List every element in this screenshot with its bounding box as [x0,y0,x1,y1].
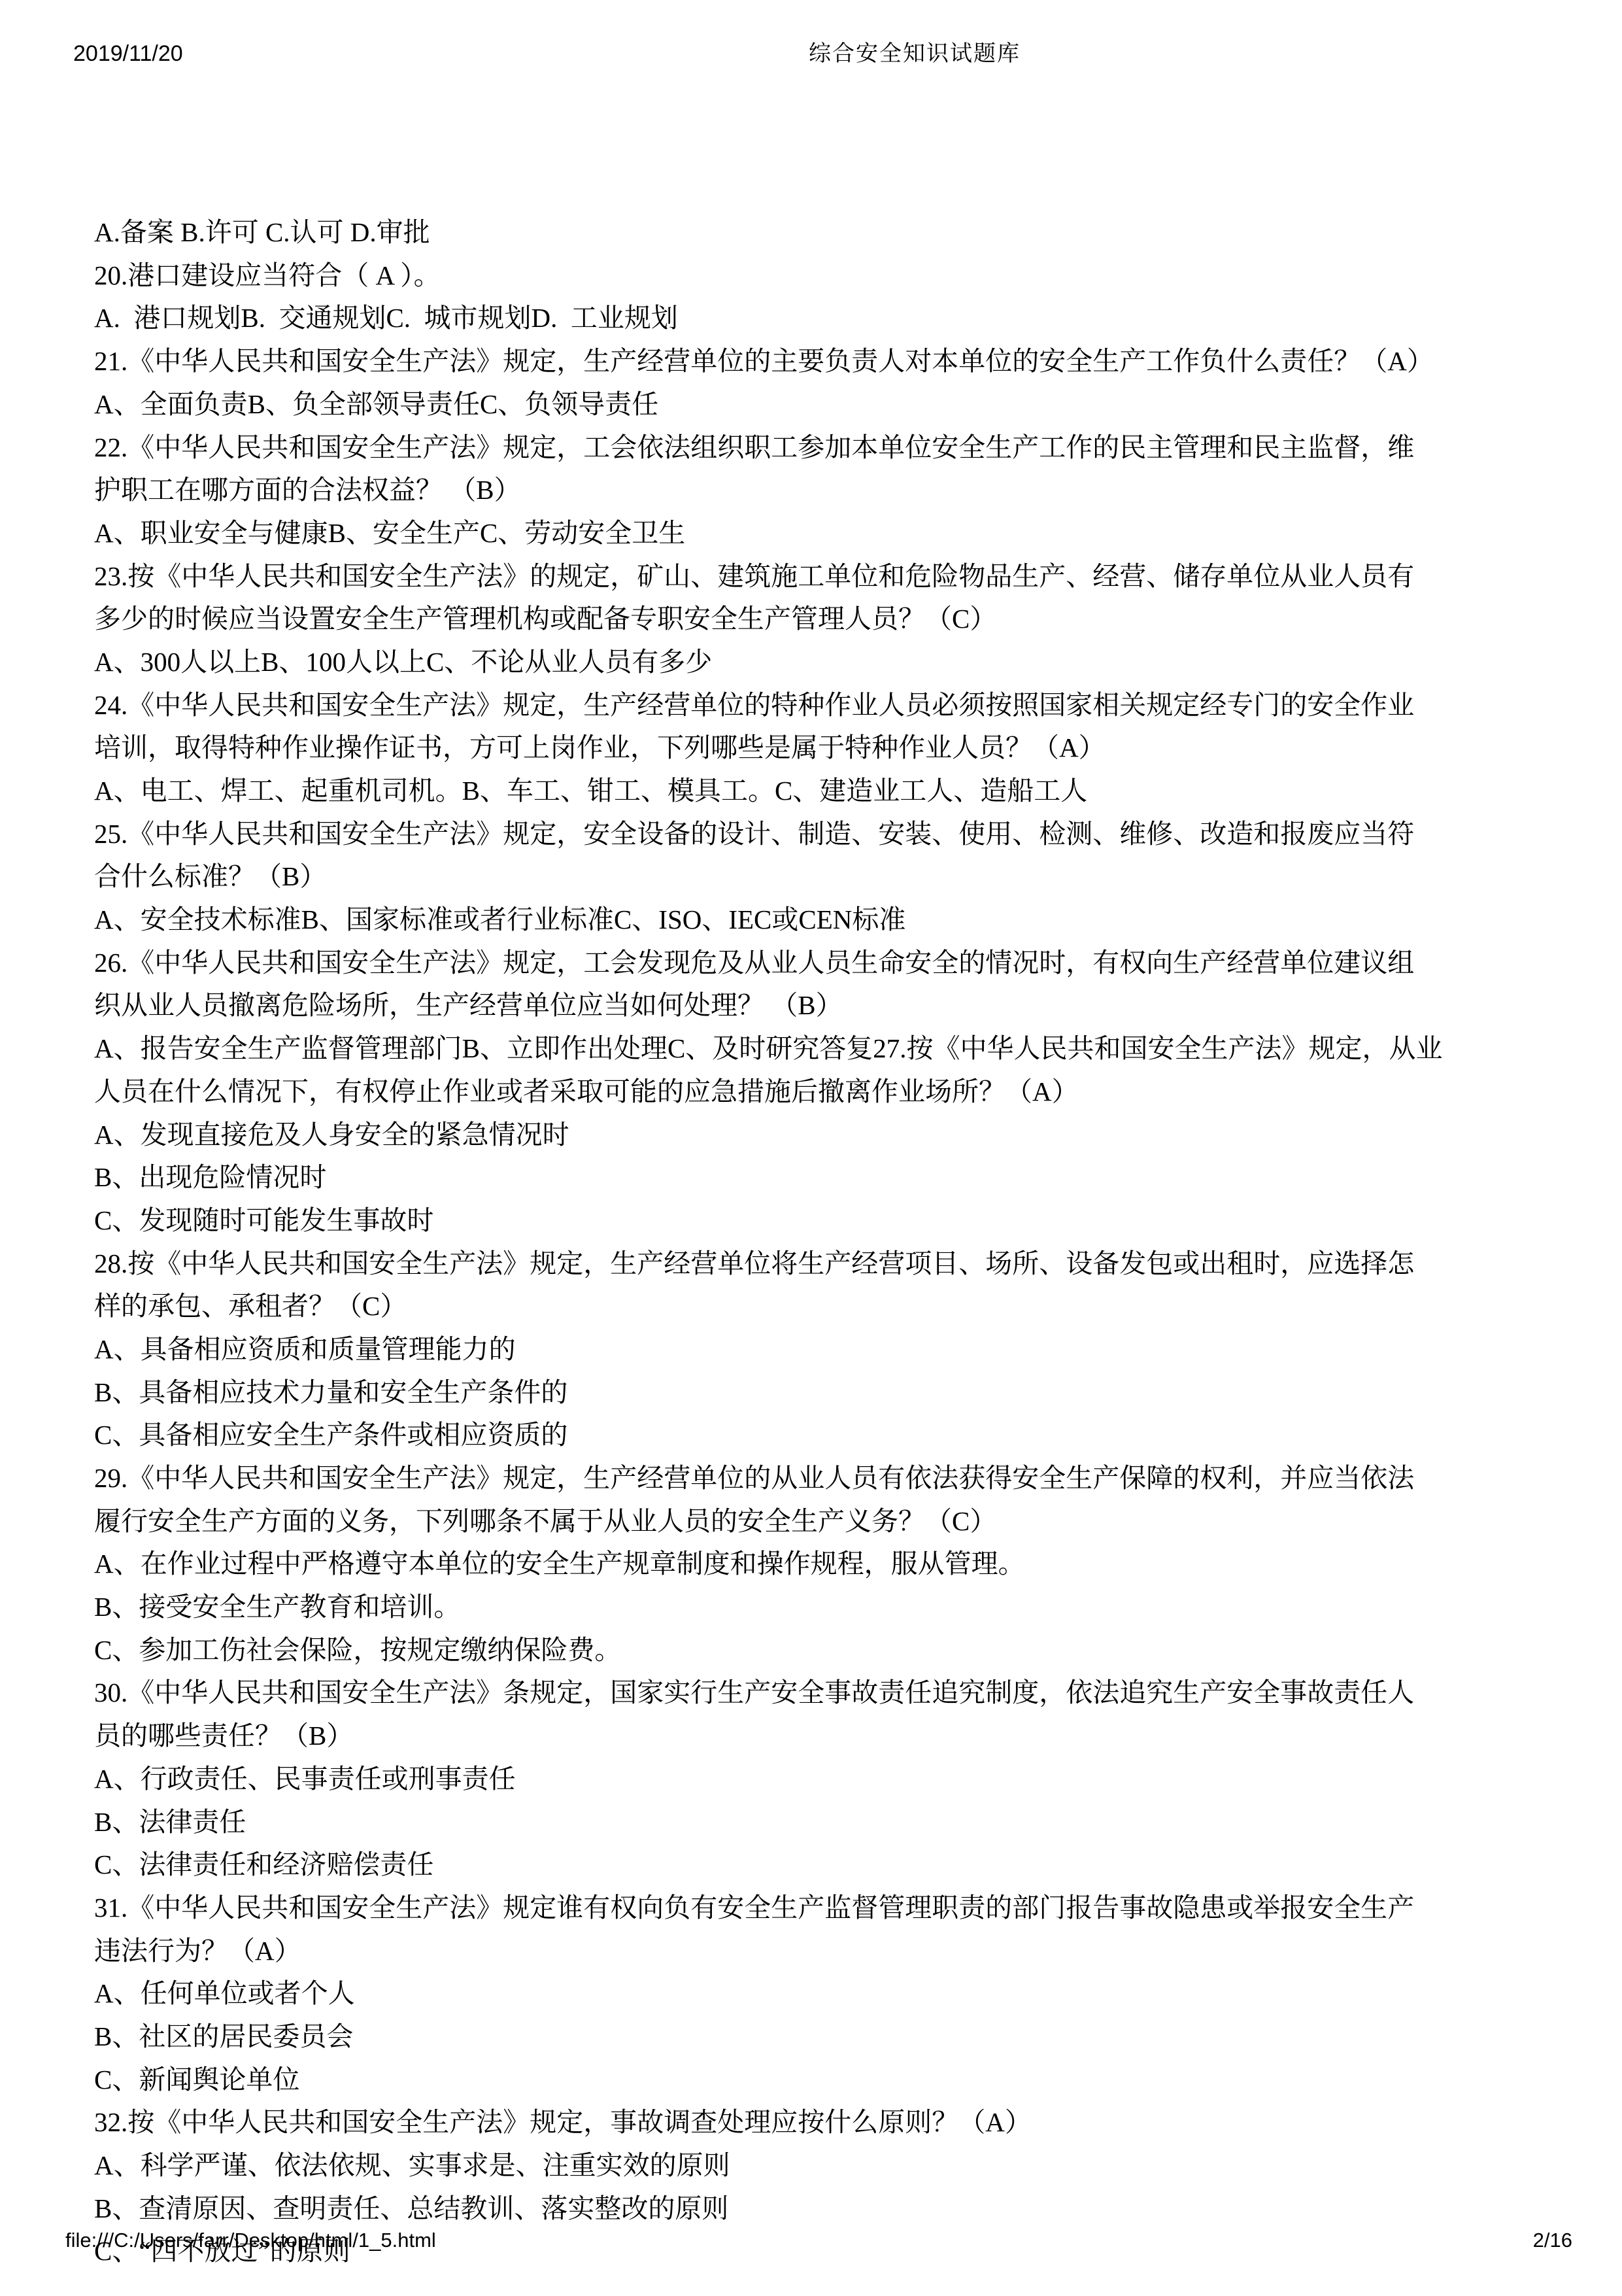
question-list: A.备案 B.许可 C.认可 D.审批20.港口建设应当符合（ A ）。A. 港… [94,82,1591,2273]
text-line: A、行政责任、民事责任或刑事责任 [94,1758,1591,1801]
print-footer: file:///C:/Users/farr/Desktop/html/1_5.h… [65,2229,1572,2252]
text-line: A、电工、焊工、起重机司机。B、车工、钳工、模具工。C、建造业工人、造船工人 [94,770,1591,813]
text-line: A、全面负责B、负全部领导责任C、负领导责任 [94,383,1591,426]
text-line: A、安全技术标准B、国家标准或者行业标准C、ISO、IEC或CEN标准 [94,899,1591,942]
text-line: 多少的时候应当设置安全生产管理机构或配备专职安全生产管理人员？（C） [94,598,1591,641]
text-line: B、查清原因、查明责任、总结教训、落实整改的原则 [94,2187,1591,2231]
text-line: C、参加工伤社会保险，按规定缴纳保险费。 [94,1629,1591,1672]
text-line: 人员在什么情况下，有权停止作业或者采取可能的应急措施后撤离作业场所？（A） [94,1071,1591,1114]
text-line: A、报告安全生产监督管理部门B、立即作出处理C、及时研究答复27.按《中华人民共… [94,1027,1591,1071]
text-line: 员的哪些责任？（B） [94,1715,1591,1758]
text-line: C、法律责任和经济赔偿责任 [94,1843,1591,1887]
document-title: 综合安全知识试题库 [809,41,1021,67]
text-line: A.备案 B.许可 C.认可 D.审批 [94,211,1591,254]
text-line: B、出现危险情况时 [94,1156,1591,1199]
page-number: 2/16 [1533,2229,1572,2252]
text-line: 25.《中华人民共和国安全生产法》规定，安全设备的设计、制造、安装、使用、检测、… [94,813,1591,856]
file-url: file:///C:/Users/farr/Desktop/html/1_5.h… [65,2229,436,2252]
text-line: 合什么标准？（B） [94,855,1591,899]
text-line: A、发现直接危及人身安全的紧急情况时 [94,1114,1591,1157]
text-line: 违法行为？（A） [94,1930,1591,1973]
text-line: B、社区的居民委员会 [94,2015,1591,2059]
text-line: A、具备相应资质和质量管理能力的 [94,1328,1591,1371]
text-line: 培训，取得特种作业操作证书，方可上岗作业，下列哪些是属于特种作业人员？（A） [94,727,1591,770]
text-line: 26.《中华人民共和国安全生产法》规定，工会发现危及从业人员生命安全的情况时，有… [94,942,1591,985]
text-line: A、科学严谨、依法依规、实事求是、注重实效的原则 [94,2144,1591,2187]
text-line: 21.《中华人民共和国安全生产法》规定，生产经营单位的主要负责人对本单位的安全生… [94,340,1591,383]
text-line: A. 港口规划B. 交通规划C. 城市规划D. 工业规划 [94,297,1591,340]
text-line: B、具备相应技术力量和安全生产条件的 [94,1371,1591,1414]
text-line: 32.按《中华人民共和国安全生产法》规定，事故调查处理应按什么原则？（A） [94,2101,1591,2144]
text-line: 28.按《中华人民共和国安全生产法》规定，生产经营单位将生产经营项目、场所、设备… [94,1242,1591,1286]
text-line: 24.《中华人民共和国安全生产法》规定，生产经营单位的特种作业人员必须按照国家相… [94,684,1591,727]
text-line: 20.港口建设应当符合（ A ）。 [94,254,1591,298]
text-line: C、具备相应安全生产条件或相应资质的 [94,1414,1591,1457]
text-line: 29.《中华人民共和国安全生产法》规定，生产经营单位的从业人员有依法获得安全生产… [94,1457,1591,1500]
text-line: C、新闻舆论单位 [94,2059,1591,2102]
print-date: 2019/11/20 [73,41,183,67]
text-line: A、在作业过程中严格遵守本单位的安全生产规章制度和操作规程，服从管理。 [94,1543,1591,1586]
text-line: A、300人以上B、100人以上C、不论从业人员有多少 [94,641,1591,684]
text-line: 履行安全生产方面的义务，下列哪条不属于从业人员的安全生产义务？（C） [94,1500,1591,1543]
print-header: 2019/11/20 综合安全知识试题库 [73,41,1572,71]
text-line: A、任何单位或者个人 [94,1972,1591,2015]
text-line: 样的承包、承租者？（C） [94,1285,1591,1328]
text-line: 31.《中华人民共和国安全生产法》规定谁有权向负有安全生产监督管理职责的部门报告… [94,1887,1591,1930]
text-line: A、职业安全与健康B、安全生产C、劳动安全卫生 [94,512,1591,555]
text-line: 织从业人员撤离危险场所，生产经营单位应当如何处理？ （B） [94,984,1591,1027]
text-line: B、法律责任 [94,1801,1591,1844]
text-line: 22.《中华人民共和国安全生产法》规定，工会依法组织职工参加本单位安全生产工作的… [94,426,1591,470]
text-line: C、发现随时可能发生事故时 [94,1199,1591,1242]
text-line: 23.按《中华人民共和国安全生产法》的规定，矿山、建筑施工单位和危险物品生产、经… [94,555,1591,598]
text-line: 护职工在哪方面的合法权益？ （B） [94,469,1591,512]
text-line: B、接受安全生产教育和培训。 [94,1586,1591,1629]
printed-page: 2019/11/20 综合安全知识试题库 A.备案 B.许可 C.认可 D.审批… [0,0,1622,2296]
text-line: 30.《中华人民共和国安全生产法》条规定，国家实行生产安全事故责任追究制度，依法… [94,1671,1591,1715]
